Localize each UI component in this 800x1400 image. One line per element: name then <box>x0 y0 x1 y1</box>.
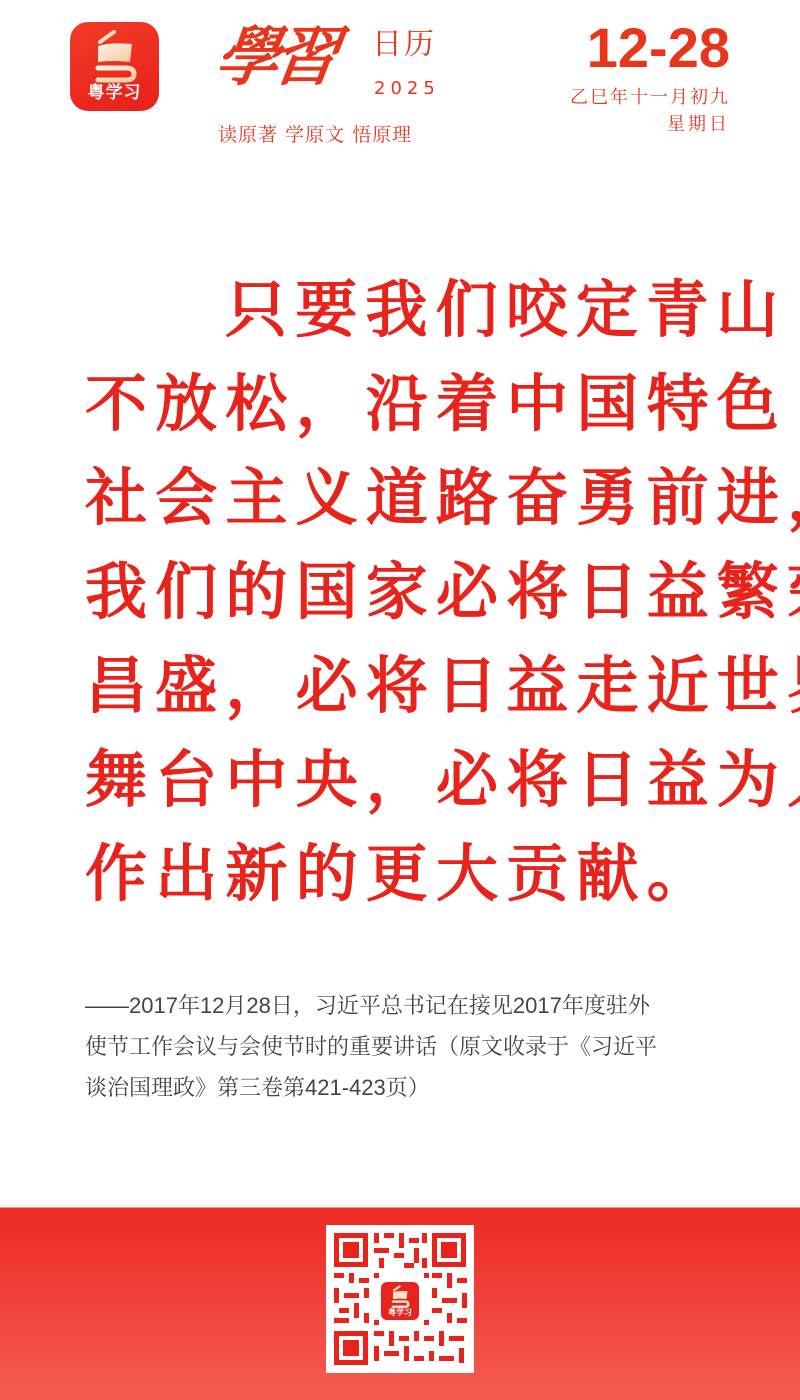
app-logo-icon: 粤学习 <box>70 22 159 111</box>
weekday: 星期日 <box>570 112 730 138</box>
quote-line: 不放松，沿着中国特色 <box>85 357 725 451</box>
citation: ——2017年12月28日，习近平总书记在接见2017年度驻外 使节工作会议与会… <box>85 985 735 1108</box>
citation-line: ——2017年12月28日，习近平总书记在接见2017年度驻外 <box>85 985 735 1026</box>
qr-code[interactable]: 粤学习 <box>326 1225 474 1373</box>
brand-calligraphy: 學習 <box>210 12 339 104</box>
qr-logo-label: 粤学习 <box>381 1307 419 1318</box>
quote-line: 只要我们咬定青山 <box>85 263 725 357</box>
date-main: 12-28 <box>570 18 730 78</box>
app-logo-label: 粤学习 <box>70 78 159 103</box>
citation-line: 使节工作会议与会使节时的重要讲话（原文收录于《习近平 <box>85 1026 735 1067</box>
citation-line: 谈治国理政》第三卷第421-423页） <box>85 1067 735 1108</box>
brand-logo: 學習 日历 2025 读原著 学原文 悟原理 <box>216 12 441 152</box>
footer-banner: 粤学习 <box>0 1207 800 1400</box>
quote-line: 舞台中央，必将日益为人类 <box>85 733 725 827</box>
quote-line: 作出新的更大贡献。 <box>85 827 725 921</box>
brand-year: 2025 <box>374 78 440 100</box>
quote-line: 我们的国家必将日益繁荣 <box>85 545 725 639</box>
brand-slogan: 读原著 学原文 悟原理 <box>218 122 412 148</box>
quote-line: 昌盛，必将日益走近世界 <box>85 639 725 733</box>
brand-title: 日历 <box>372 28 436 62</box>
date-block: 12-28 乙巳年十一月初九 星期日 <box>570 18 730 138</box>
quote-line: 社会主义道路奋勇前进， <box>85 451 725 545</box>
qr-center-logo-icon: 粤学习 <box>379 1280 421 1322</box>
lunar-date: 乙巳年十一月初九 <box>570 84 730 112</box>
quote-text: 只要我们咬定青山 不放松，沿着中国特色 社会主义道路奋勇前进， 我们的国家必将日… <box>85 263 725 921</box>
